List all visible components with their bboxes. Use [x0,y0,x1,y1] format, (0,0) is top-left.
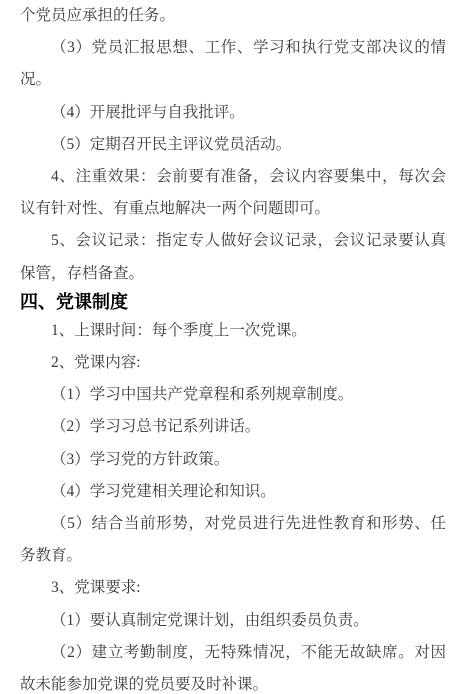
paragraph-continuation: 个党员应承担的任务。 [20,0,446,32]
meeting-system-item: 5、会议记录：指定专人做好会议记录，会议记录要认真保管，存档备查。 [20,225,446,289]
document-page: 个党员应承担的任务。 （3）党员汇报思想、工作、学习和执行党支部决议的情况。 （… [0,0,459,694]
meeting-system-item: （4）开展批评与自我批评。 [20,97,446,129]
meeting-system-item: （5）定期召开民主评议党员活动。 [20,129,446,161]
party-class-item: （1）要认真制定党课计划，由组织委员负责。 [20,605,446,637]
party-class-item: （2）学习习总书记系列讲话。 [20,411,446,443]
party-class-item: （4）学习党建相关理论和知识。 [20,476,446,508]
party-class-item: 2、党课内容: [20,347,446,379]
party-class-item: 3、党课要求: [20,572,446,604]
party-class-item: （1）学习中国共产党章程和系列规章制度。 [20,379,446,411]
meeting-system-item: （3）党员汇报思想、工作、学习和执行党支部决议的情况。 [20,32,446,96]
section-heading-party-class-system: 四、党课制度 [20,290,446,315]
party-class-item: （2）建立考勤制度，无特殊情况，不能无故缺席。对因故未能参加党课的党员要及时补课… [20,637,446,694]
party-class-item: （5）结合当前形势，对党员进行先进性教育和形势、任务教育。 [20,508,446,572]
party-class-item: （3）学习党的方针政策。 [20,444,446,476]
party-class-item: 1、上课时间：每个季度上一次党课。 [20,315,446,347]
meeting-system-item: 4、注重效果：会前要有准备，会议内容要集中，每次会议有针对性、有重点地解决一两个… [20,161,446,225]
